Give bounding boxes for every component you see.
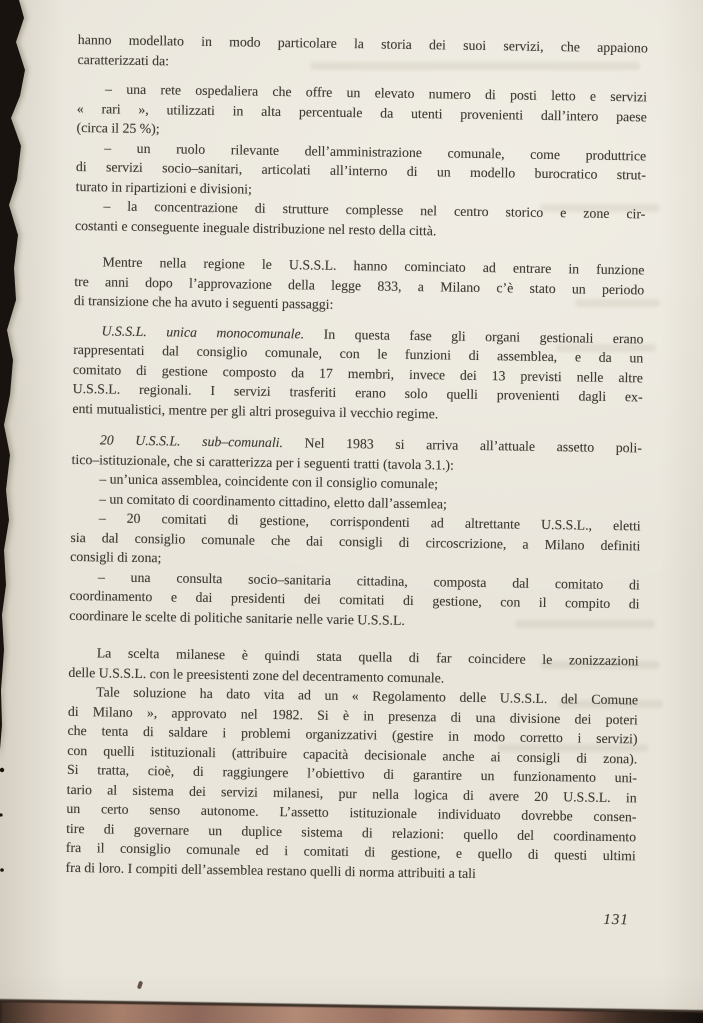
page-text: hanno modellato in modo particolare la s… [65, 30, 648, 931]
paragraph: U.S.S.L. unica monocomunale. In questa f… [72, 320, 643, 426]
paragraph: Mentre nella regione le U.S.S.L. hanno c… [74, 252, 645, 319]
bulleted-item: – 20 comitati di gestione, corrispondent… [70, 508, 641, 575]
continuation-paragraph: hanno modellato in modo particolare la s… [77, 30, 648, 77]
bulleted-item: – un ruolo rilevante dell’amministrazion… [76, 137, 647, 204]
paragraph: Tale soluzione ha dato vita ad un « Rego… [65, 682, 638, 885]
torn-page-edge [0, 0, 40, 1023]
bulleted-item: – la concentrazione di strutture comples… [75, 196, 646, 243]
bulleted-item: – una consulta socio–sanitaria cittadina… [69, 566, 640, 633]
italic-lead: 20 U.S.S.L. sub–comunali. [100, 432, 283, 450]
italic-lead: U.S.S.L. unica monocomunale. [101, 323, 304, 341]
bulleted-item: – una rete ospedaliera che offre un elev… [76, 79, 647, 146]
scanned-page-photo: hanno modellato in modo particolare la s… [0, 0, 703, 1023]
